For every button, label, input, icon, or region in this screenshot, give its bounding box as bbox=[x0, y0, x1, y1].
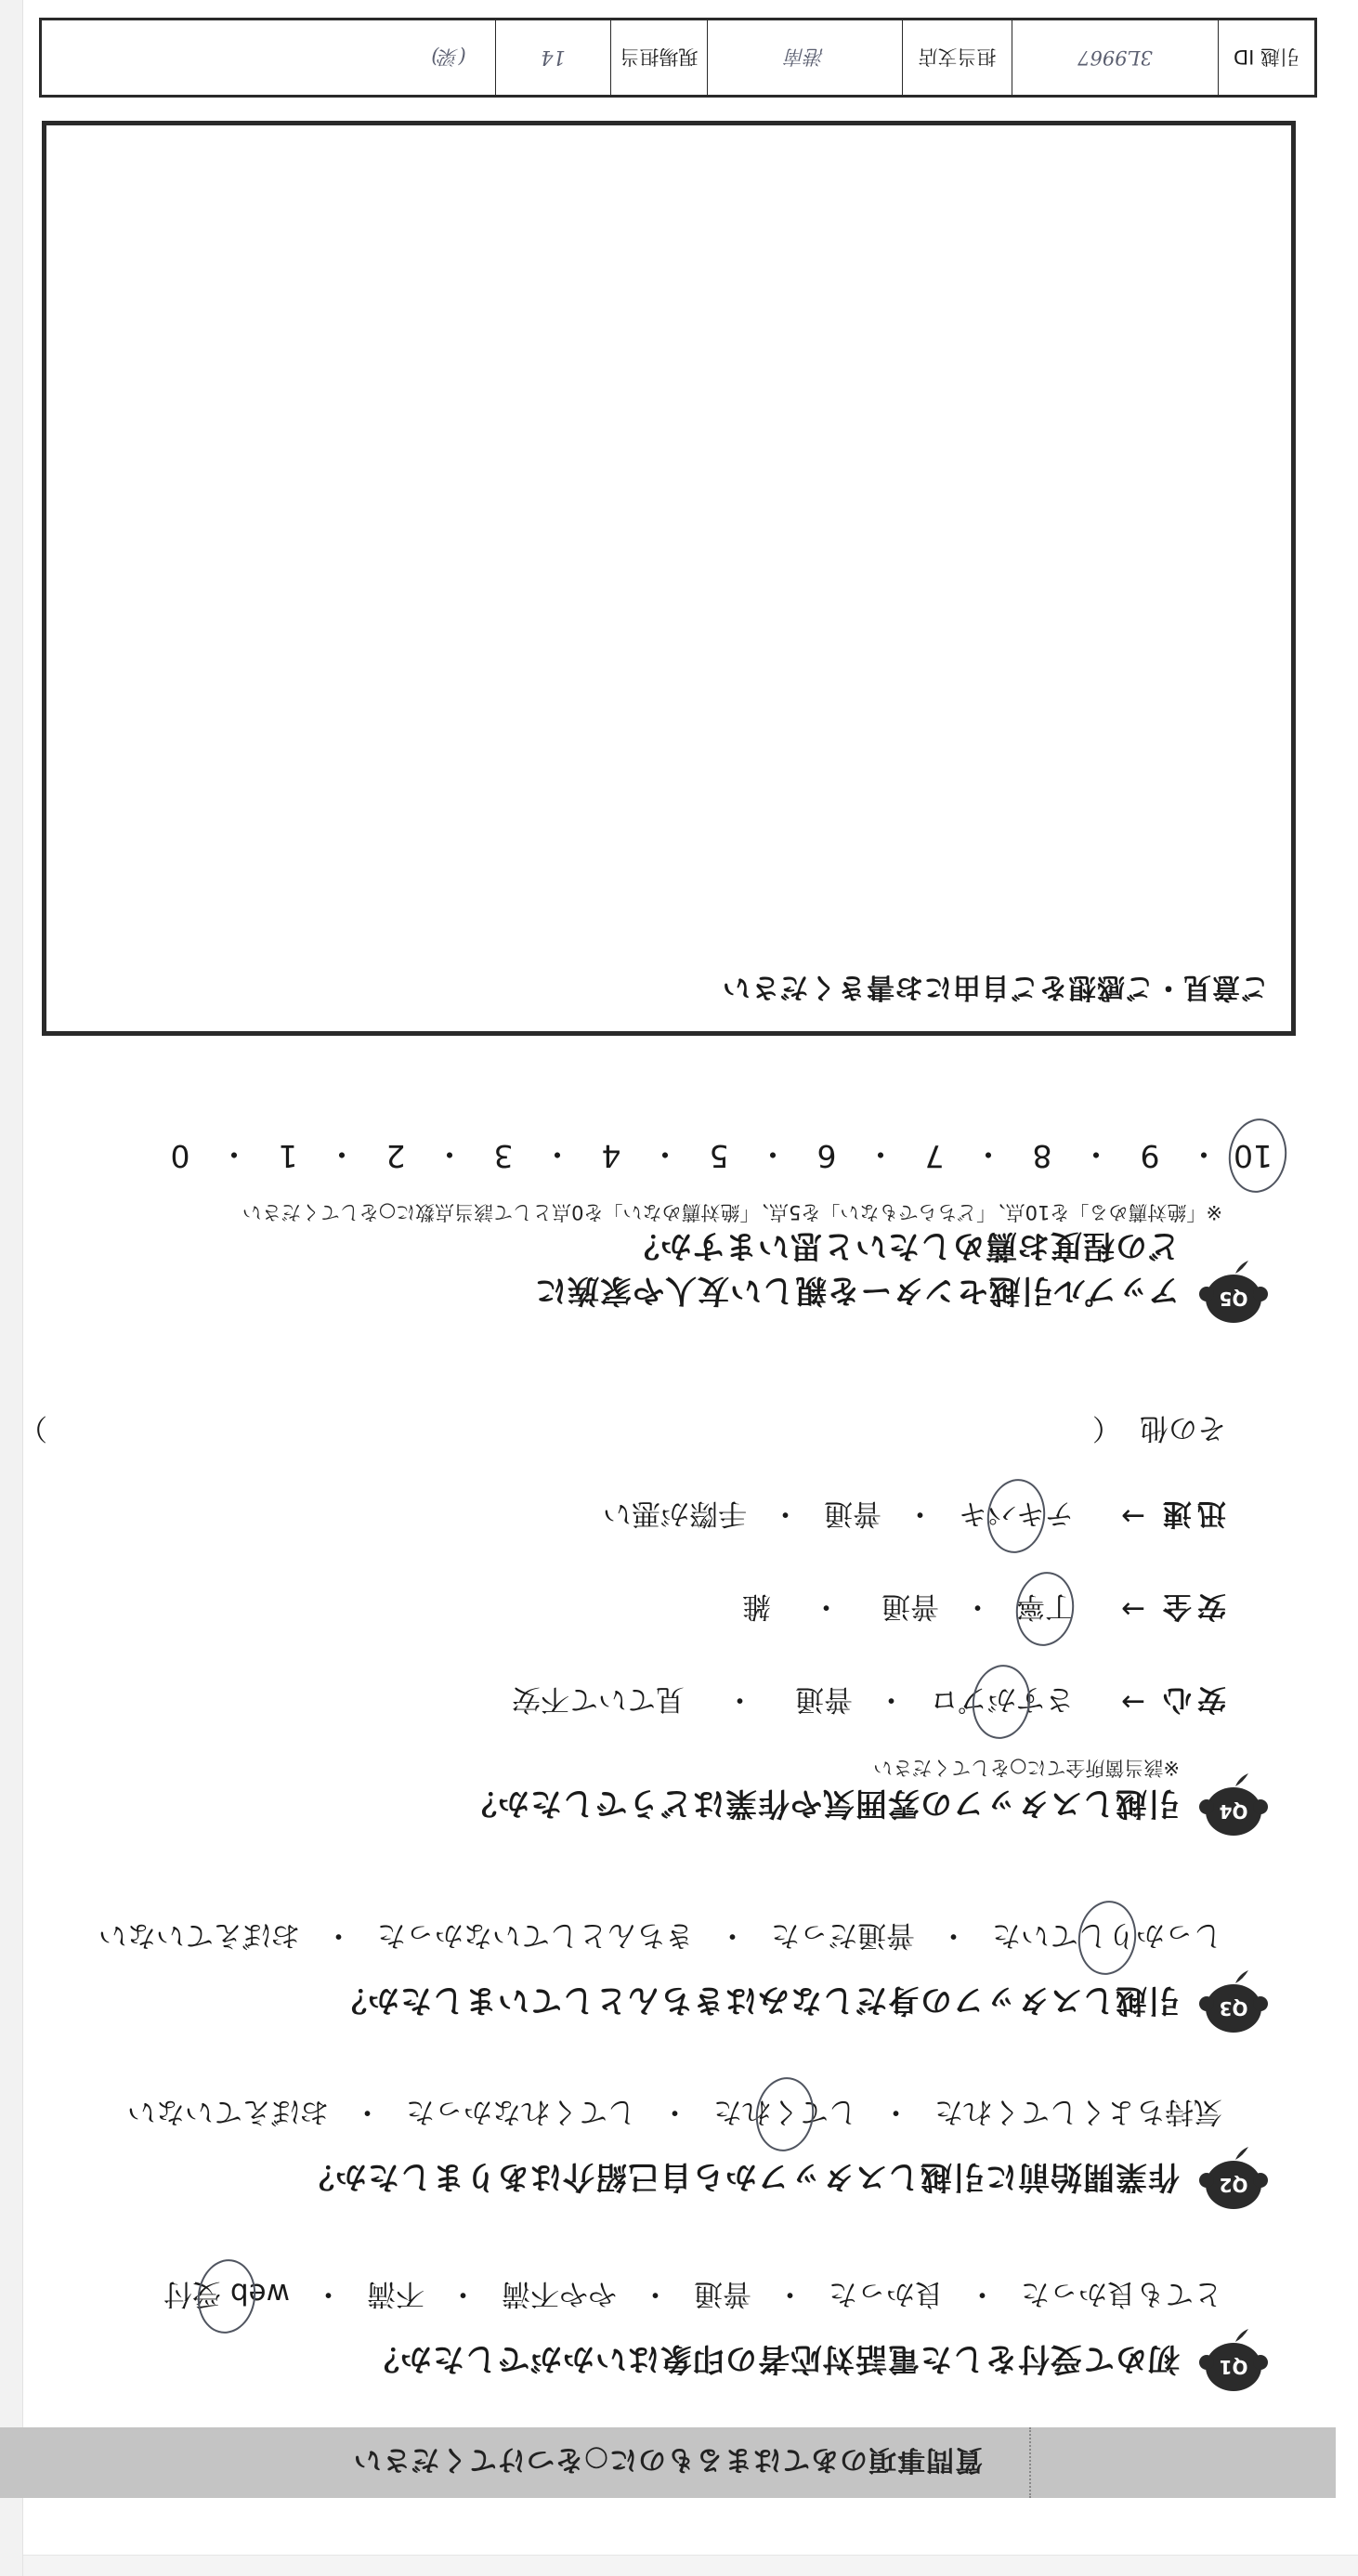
arrow-right-icon: → bbox=[1105, 1593, 1161, 1627]
q1-option[interactable]: とても良かった bbox=[1017, 2276, 1226, 2318]
q1-option[interactable]: 不満 bbox=[363, 2276, 428, 2318]
svg-text:Q4: Q4 bbox=[1220, 1800, 1248, 1823]
q4-row-jinsoku: 迅速 → テキパキ・ 普通・ 手際が悪い bbox=[599, 1496, 1226, 1537]
q1-option[interactable]: 良かった bbox=[825, 2276, 947, 2318]
separator: ・ bbox=[842, 1134, 920, 1178]
q3-option[interactable]: 普通だった bbox=[767, 1917, 919, 1959]
apple-q-badge-icon: Q3 bbox=[1196, 1965, 1271, 2039]
q4-option[interactable]: 普通 bbox=[820, 1496, 885, 1537]
q3-option-selected[interactable]: しっかりしていた bbox=[988, 1917, 1226, 1959]
leader-number-value[interactable]: 14 bbox=[495, 20, 610, 95]
q4-row-label: 迅速 bbox=[1161, 1496, 1226, 1537]
svg-text:Q3: Q3 bbox=[1220, 1997, 1248, 2020]
q1-options: とても良かった・ 良かった・ 普通・ やや不満・ 不満・ web 受付 bbox=[160, 2276, 1226, 2318]
q1-title: 初めて受付をした電話対応者の印象はいかがでしたか？ bbox=[367, 2339, 1180, 2385]
svg-text:Q5: Q5 bbox=[1220, 1288, 1248, 1310]
arrow-right-icon: → bbox=[1105, 1686, 1161, 1720]
q4-note: ※該当箇所全てに○をしてください bbox=[873, 1755, 1180, 1783]
q4-other-open: （ bbox=[1092, 1410, 1121, 1452]
q1-option-selected[interactable]: web 受付 bbox=[160, 2276, 294, 2318]
q4-row-anzen: 安全 → 丁寧・ 普通・ 雑 bbox=[738, 1589, 1226, 1630]
score-option[interactable]: 6 bbox=[812, 1138, 842, 1174]
q4-option-selected[interactable]: 丁寧 bbox=[1012, 1589, 1077, 1630]
apple-q-badge-icon: Q5 bbox=[1196, 1255, 1271, 1329]
q4-other-row: その他 （ ） bbox=[19, 1410, 1226, 1452]
separator: ・ bbox=[411, 1134, 489, 1178]
score-option[interactable]: 4 bbox=[596, 1138, 626, 1174]
q4-other-close: ） bbox=[19, 1410, 47, 1452]
q5-title-line1: アップル引越センターを親しい友人や家族に bbox=[534, 1271, 1180, 1316]
q4-title: 引越しスタッフの雰囲気や作業はどうでしたか？ bbox=[464, 1784, 1180, 1829]
q3-option[interactable]: きちんとしていなかった bbox=[373, 1917, 698, 1959]
score-option[interactable]: 8 bbox=[1027, 1138, 1057, 1174]
separator: ・ bbox=[1057, 1134, 1135, 1178]
apple-q-badge-icon: Q2 bbox=[1196, 2141, 1271, 2216]
separator: ・ bbox=[734, 1134, 812, 1178]
q5-note: ※「絶対薦める」を10点、「どちらでもない」を5点、「絶対薦めない」を0点として… bbox=[242, 1199, 1222, 1227]
q2-option[interactable]: してくれなかった bbox=[402, 2094, 640, 2136]
move-id-table: 引越 ID 3L9967 担当支店 港南 現場担当 14 (梁) bbox=[39, 18, 1317, 98]
score-option[interactable]: 9 bbox=[1135, 1138, 1165, 1174]
instruction-text: 質問事項のあてはまるものに○をつけてください bbox=[353, 2442, 983, 2483]
svg-text:Q2: Q2 bbox=[1220, 2174, 1248, 2196]
separator: ・ bbox=[949, 1134, 1027, 1178]
q4-option[interactable]: 雑 bbox=[738, 1589, 775, 1630]
score-option[interactable]: 3 bbox=[489, 1138, 518, 1174]
q4-option-selected[interactable]: テキパキ bbox=[955, 1496, 1077, 1537]
arrow-right-icon: → bbox=[1105, 1500, 1161, 1534]
q4-option[interactable]: 普通 bbox=[878, 1589, 943, 1630]
separator: ・ bbox=[303, 1134, 381, 1178]
branch-value[interactable]: 港南 bbox=[707, 20, 902, 95]
q4-option[interactable]: 手際が悪い bbox=[599, 1496, 751, 1537]
move-id-value[interactable]: 3L9967 bbox=[1012, 20, 1218, 95]
q1-option[interactable]: やや不満 bbox=[498, 2276, 620, 2318]
apple-q-badge-icon: Q1 bbox=[1196, 2323, 1271, 2398]
score-10-selected[interactable]: 10 bbox=[1243, 1138, 1273, 1174]
instruction-header-band: 質問事項のあてはまるものに○をつけてください bbox=[0, 2427, 1336, 2498]
q2-options: 気持ちよくしてくれた・ してくれた・ してくれなかった・ おぼえていない bbox=[124, 2094, 1226, 2136]
q4-other-label: その他 bbox=[1140, 1410, 1226, 1452]
svg-text:Q1: Q1 bbox=[1220, 2356, 1248, 2378]
question-q4: Q4 引越しスタッフの雰囲気や作業はどうでしたか？ ※該当箇所全てに○をしてくだ… bbox=[11, 1396, 1312, 1842]
scan-edge-top bbox=[0, 2555, 1358, 2576]
question-q2: Q2 作業開始前に引越しスタッフから自己紹介はありましたか？ 気持ちよくしてくれ… bbox=[11, 2076, 1312, 2216]
move-id-label: 引越 ID bbox=[1218, 20, 1314, 95]
q1-option[interactable]: 普通 bbox=[690, 2276, 755, 2318]
q5-score-scale: 10・ 9・ 8・ 7・ 6・ 5・ 4・ 3・ 2・ 1・ 0 bbox=[165, 1134, 1273, 1178]
separator: ・ bbox=[518, 1134, 596, 1178]
q4-option-selected[interactable]: さすがプロ bbox=[926, 1681, 1077, 1723]
branch-label: 担当支店 bbox=[902, 20, 1012, 95]
q4-row-anshin: 安心 → さすがプロ・ 普通・ 見ていて不安 bbox=[508, 1681, 1226, 1723]
q3-option[interactable]: おぼえていない bbox=[95, 1917, 304, 1959]
q4-row-label: 安心 bbox=[1161, 1681, 1226, 1723]
question-q3: Q3 引越しスタッフの身だしなみはきちんとしていましたか？ しっかりしていた・ … bbox=[11, 1900, 1312, 2039]
separator: ・ bbox=[195, 1134, 273, 1178]
leader-label: 現場担当 bbox=[610, 20, 707, 95]
q2-option[interactable]: 気持ちよくしてくれた bbox=[931, 2094, 1226, 2136]
leader-name-value[interactable]: (梁) bbox=[402, 20, 495, 95]
q2-option-selected[interactable]: してくれた bbox=[710, 2094, 861, 2136]
perforation-line bbox=[1029, 2427, 1031, 2498]
q4-other-field[interactable] bbox=[47, 1416, 1092, 1447]
comment-box-label: ご意見・ご感想をご自由にお書きください bbox=[722, 970, 1269, 1011]
score-option[interactable]: 5 bbox=[704, 1138, 734, 1174]
question-q1: Q1 初めて受付をした電話対応者の印象はいかがでしたか？ とても良かった・ 良か… bbox=[11, 2258, 1312, 2398]
score-option[interactable]: 1 bbox=[273, 1138, 303, 1174]
q4-option[interactable]: 普通 bbox=[791, 1681, 856, 1723]
id-table-blank bbox=[42, 20, 402, 95]
q3-options: しっかりしていた・ 普通だった・ きちんとしていなかった・ おぼえていない bbox=[95, 1917, 1226, 1959]
q4-row-label: 安全 bbox=[1161, 1589, 1226, 1630]
q2-option[interactable]: おぼえていない bbox=[124, 2094, 333, 2136]
separator: ・ bbox=[626, 1134, 704, 1178]
score-option[interactable]: 2 bbox=[381, 1138, 411, 1174]
q4-option[interactable]: 見ていて不安 bbox=[508, 1681, 688, 1723]
score-option[interactable]: 7 bbox=[920, 1138, 949, 1174]
q3-title: 引越しスタッフの身だしなみはきちんとしていましたか？ bbox=[334, 1981, 1180, 2026]
survey-sheet: 質問事項のあてはまるものに○をつけてください Q1 初めて受付をした電話対応者の… bbox=[0, 0, 1358, 2576]
q2-title: 作業開始前に引越しスタッフから自己紹介はありましたか？ bbox=[302, 2157, 1180, 2203]
comment-box[interactable]: ご意見・ご感想をご自由にお書きください bbox=[42, 121, 1296, 1036]
score-option[interactable]: 0 bbox=[165, 1138, 195, 1174]
q5-title-line2: どの程度お薦めしたいと思いますか？ bbox=[627, 1226, 1180, 1272]
apple-q-badge-icon: Q4 bbox=[1196, 1768, 1271, 1842]
